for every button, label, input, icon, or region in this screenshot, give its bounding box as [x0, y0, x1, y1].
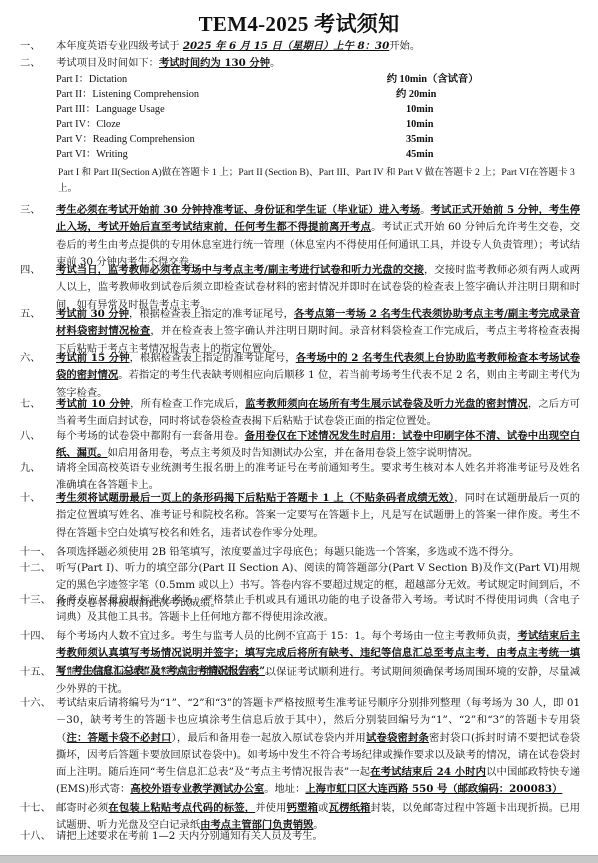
answer-sheet-note: Part I 和 Part II(Section A)做在答题卡 1 上；Par… [58, 165, 578, 197]
body-text: ，所有检查工作完成后， [130, 398, 245, 410]
document-page: TEM4-2025 考试须知 一、本年度英语专业四级考试于 2025 年 6 月… [0, 0, 598, 855]
body-text: 请把上述要求在考前 1—2 天内分别通知有关人员及考生。 [56, 830, 323, 842]
item-number: 八、 [20, 428, 56, 445]
body-text: 各考点应尽量启用标准化考场，严格禁止手机或具有通讯功能的电子设备带入考场。考试时… [56, 594, 580, 623]
item-number: 十五、 [20, 664, 56, 681]
item-16: 十六、考试结束后请将编号为“1”、“2”和“3”的答题卡严格按照考生准考证号顺序… [20, 695, 580, 799]
emphasis-text: 考试时间约为 130 分钟 [159, 57, 270, 69]
item-6: 六、考试前 15 分钟，根据检查表上指定的准考证尾号，各考场中的 2 名考生代表… [20, 350, 580, 402]
item-text: 各考点应尽量启用标准化考场，严格禁止手机或具有通讯功能的电子设备带入考场。考试时… [56, 592, 580, 627]
schedule-row: Part V：Reading Comprehension35min [56, 132, 476, 147]
schedule-row: Part VI：Writing45min [56, 147, 476, 162]
body-text: 请将全国高校英语专业统测考生报名册上的准考证号在考前通知考生。要求考生核对本人姓… [56, 462, 580, 491]
item-number: 十六、 [20, 695, 56, 712]
emphasis-text: 考试前 10 分钟 [56, 398, 130, 410]
emphasis-text: 监考教师须向在场所有考生展示试卷袋及听力光盘的密封情况 [245, 398, 528, 410]
item-text: 请把上述要求在考前 1—2 天内分别通知有关人员及考生。 [56, 828, 580, 845]
page-title: TEM4-2025 考试须知 [0, 8, 598, 38]
item-number: 三、 [20, 202, 56, 219]
item-text: 每个考场的试卷袋中都附有一套备用卷。备用卷仅在下述情况发生时启用：试卷中印刷字体… [56, 428, 580, 463]
item-2: 二、考试项目及时间如下：考试时间约为 130 分钟。 [20, 55, 580, 72]
item-number: 六、 [20, 350, 56, 367]
item-8: 八、每个考场的试卷袋中都附有一套备用卷。备用卷仅在下述情况发生时启用：试卷中印刷… [20, 428, 580, 463]
item-15: 十五、考前有关部门必须事前检查听力电源等设备，以保证考试顺利进行。考试期间须确保… [20, 664, 580, 699]
item-number: 十三、 [20, 592, 56, 609]
item-number: 四、 [20, 262, 56, 279]
body-text: 。 [420, 204, 430, 216]
body-text: ），最后和备用卷一起放入原试卷袋内并用 [172, 732, 366, 744]
item-number: 十、 [20, 490, 56, 507]
item-text: 考前有关部门必须事前检查听力电源等设备，以保证考试顺利进行。考试期间须确保考场周… [56, 664, 580, 699]
item-13: 十三、各考点应尽量启用标准化考场，严格禁止手机或具有通讯功能的电子设备带入考场。… [20, 592, 580, 627]
item-number: 二、 [20, 55, 56, 72]
body-text: 并使用 [255, 802, 286, 814]
emphasis-text: 在考试结束后 24 小时内 [370, 766, 486, 778]
item-number: 五、 [20, 306, 56, 323]
item-number: 一、 [20, 38, 56, 55]
body-text: 。若指定的考生代表缺考则相应向后顺移 1 位，若当前考场考生代表不足 2 名，则… [56, 369, 580, 398]
emphasis-text: 考试前 15 分钟 [56, 352, 130, 364]
item-number: 九、 [20, 460, 56, 477]
item-3: 三、考生必须在考试开始前 30 分钟持准考证、身份证和学生证（毕业证）进入考场。… [20, 202, 580, 271]
emphasis-text: 试卷袋密封条 [366, 732, 429, 744]
item-18: 十八、请把上述要求在考前 1—2 天内分别通知有关人员及考生。 [20, 828, 580, 845]
body-text: 邮寄时必须 [56, 802, 108, 814]
item-number: 七、 [20, 396, 56, 413]
item-text: 考生必须在考试开始前 30 分钟持准考证、身份证和学生证（毕业证）进入考场。考试… [56, 202, 580, 271]
body-text: 如启用备用卷，考点主考须及时告知测试办公室，并在备用卷袋上签字说明情况。 [107, 447, 478, 459]
schedule-row: Part IV：Cloze10min [56, 117, 476, 132]
body-text: 开始。 [389, 40, 420, 52]
schedule-row: Part I：Dictation约 10min（含试音） [56, 72, 476, 87]
item-text: 考试项目及时间如下：考试时间约为 130 分钟。 [56, 55, 580, 72]
schedule-row: Part II：Listening Comprehension约 20min [56, 87, 476, 102]
emphasis-text: 钙塑箱 [287, 802, 318, 814]
item-text: 考试结束后请将编号为“1”、“2”和“3”的答题卡严格按照考生准考证号顺序分别排… [56, 695, 580, 799]
emphasis-text: 上海市虹口区大连西路 550 号（邮政编码：200083） [305, 783, 562, 795]
emphasis-text: 注：答题卡袋不必封口 [67, 732, 172, 744]
item-number: 十七、 [20, 800, 56, 817]
emphasis-text: 考生须将试题册最后一页上的条形码揭下后粘贴于答题卡 1 上（不贴条码者成绩无效） [56, 492, 454, 504]
item-text: 考生须将试题册最后一页上的条形码揭下后粘贴于答题卡 1 上（不贴条码者成绩无效）… [56, 490, 580, 542]
item-10: 十、考生须将试题册最后一页上的条形码揭下后粘贴于答题卡 1 上（不贴条码者成绩无… [20, 490, 580, 542]
schedule-table: Part I：Dictation约 10min（含试音） Part II：Lis… [56, 72, 476, 162]
emphasis-text: 考试当日，监考教师必须在考场中与考点主考/副主考进行试卷和听力光盘的交接 [56, 264, 424, 276]
schedule-row: Part III：Language Usage10min [56, 102, 476, 117]
item-11: 十一、各项选择题必须使用 2B 铅笔填写，浓度要盖过字母底色；每题只能选一个答案… [20, 544, 580, 561]
body-text: 本年度英语专业四级考试于 [56, 40, 183, 52]
emphasis-text: 在包装上粘贴考点代码的标签， [108, 802, 255, 814]
body-text: ，根据检查表上指定的准考证尾号， [129, 308, 294, 320]
viewer-bottom-edge [0, 855, 598, 863]
emphasis-text: 考生必须在考试开始前 30 分钟持准考证、身份证和学生证（毕业证）进入考场 [56, 204, 420, 216]
item-text: 各项选择题必须使用 2B 铅笔填写，浓度要盖过字母底色；每题只能选一个答案，多选… [56, 544, 580, 561]
body-text: 每个考场内人数不宜过多。考生与监考人员的比例不宜高于 15：1。每个考场由一位主… [56, 630, 518, 642]
body-text: 。地址： [264, 783, 305, 795]
item-1: 一、本年度英语专业四级考试于 2025 年 6 月 15 日（星期日）上午 8：… [20, 38, 580, 55]
item-number: 十一、 [20, 544, 56, 561]
item-7: 七、考试前 10 分钟，所有检查工作完成后，监考教师须向在场所有考生展示试卷袋及… [20, 396, 580, 431]
body-text: ，根据检查表上指定的准考证尾号， [130, 352, 296, 364]
body-text: 。 [270, 57, 280, 69]
emphasis-text: 考试前 30 分钟 [56, 308, 129, 320]
item-number: 十八、 [20, 828, 56, 845]
item-number: 十四、 [20, 628, 56, 645]
body-text: 各项选择题必须使用 2B 铅笔填写，浓度要盖过字母底色；每题只能选一个答案，多选… [56, 546, 519, 558]
item-text: 本年度英语专业四级考试于 2025 年 6 月 15 日（星期日）上午 8：30… [56, 38, 580, 55]
emphasis-text: 高校外语专业教学测试办公室 [130, 783, 264, 795]
item-text: 考试前 10 分钟，所有检查工作完成后，监考教师须向在场所有考生展示试卷袋及听力… [56, 396, 580, 431]
emphasis-text: 2025 年 6 月 15 日（星期日）上午 8：30 [183, 40, 389, 52]
body-text: 或 [318, 802, 328, 814]
item-number: 十二、 [20, 560, 56, 577]
body-text: 考前有关部门必须事前检查听力电源等设备，以保证考试顺利进行。考试期间须确保考场周… [56, 666, 580, 695]
emphasis-text: 瓦楞纸箱 [329, 802, 371, 814]
item-text: 考试前 15 分钟，根据检查表上指定的准考证尾号，各考场中的 2 名考生代表须上… [56, 350, 580, 402]
body-text: 考试项目及时间如下： [56, 57, 159, 69]
body-text: 每个考场的试卷袋中都附有一套备用卷。 [56, 430, 245, 442]
